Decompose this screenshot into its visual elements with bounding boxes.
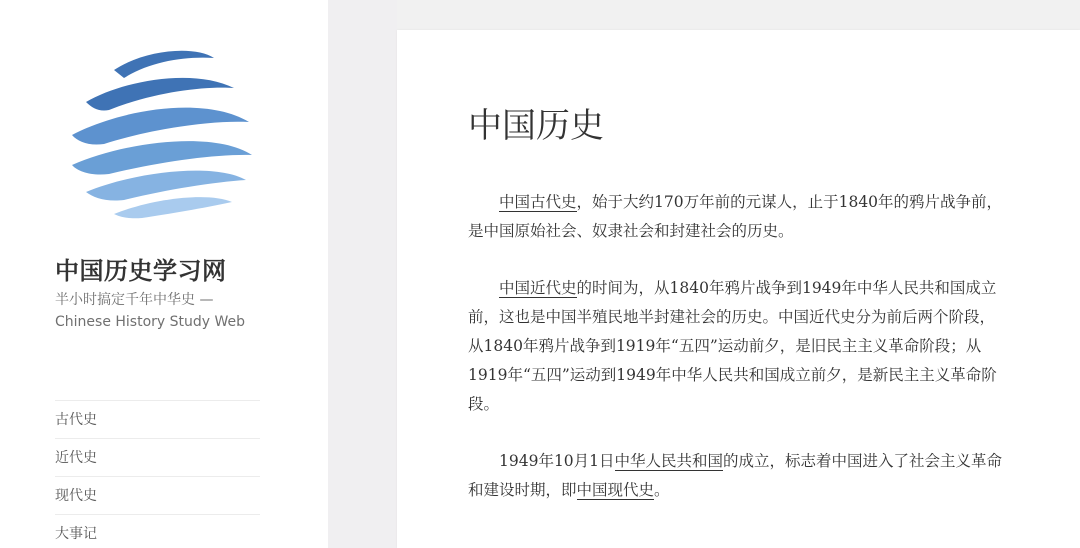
- article-title: 中国历史: [468, 98, 604, 147]
- paragraph-text: 1949年10月1日: [499, 452, 615, 470]
- sidebar-item-modern-history[interactable]: 近代史: [55, 438, 260, 476]
- sidebar-item-contemporary-history[interactable]: 现代史: [55, 476, 260, 514]
- globe-logo-icon[interactable]: [64, 40, 254, 225]
- top-background-band: [328, 0, 1080, 30]
- paragraph-ancient: 中国古代史，始于大约170万年前的元谋人，止于1840年的鸦片战争前，是中国原始…: [468, 188, 1008, 246]
- link-modern-history[interactable]: 中国近代史: [499, 279, 577, 298]
- site-description-zh: 半小时搞定千年中华史 —: [55, 289, 285, 311]
- link-contemporary-history[interactable]: 中国现代史: [577, 481, 655, 500]
- sidebar-nav: 古代史 近代史 现代史 大事记: [55, 400, 260, 548]
- article-body: 中国古代史，始于大约170万年前的元谋人，止于1840年的鸦片战争前，是中国原始…: [468, 188, 1008, 533]
- site-description-en: Chinese History Study Web: [55, 311, 285, 333]
- content-gutter: [328, 0, 397, 548]
- link-ancient-history[interactable]: 中国古代史: [499, 193, 577, 212]
- sidebar-item-major-events[interactable]: 大事记: [55, 514, 260, 548]
- sidebar-item-ancient-history[interactable]: 古代史: [55, 400, 260, 438]
- sidebar: 中国历史学习网 半小时搞定千年中华史 — Chinese History Stu…: [0, 0, 328, 548]
- article-card: 中国历史 中国古代史，始于大约170万年前的元谋人，止于1840年的鸦片战争前，…: [397, 30, 1080, 548]
- link-prc[interactable]: 中华人民共和国: [615, 452, 724, 471]
- paragraph-contemporary: 1949年10月1日中华人民共和国的成立，标志着中国进入了社会主义革命和建设时期…: [468, 447, 1008, 505]
- paragraph-modern: 中国近代史的时间为，从1840年鸦片战争到1949年中华人民共和国成立前，这也是…: [468, 274, 1008, 419]
- site-description: 半小时搞定千年中华史 — Chinese History Study Web: [55, 289, 285, 333]
- paragraph-text: 。: [654, 481, 670, 499]
- paragraph-text: 的时间为，从1840年鸦片战争到1949年中华人民共和国成立前，这也是中国半殖民…: [468, 279, 997, 413]
- site-title[interactable]: 中国历史学习网: [55, 251, 227, 286]
